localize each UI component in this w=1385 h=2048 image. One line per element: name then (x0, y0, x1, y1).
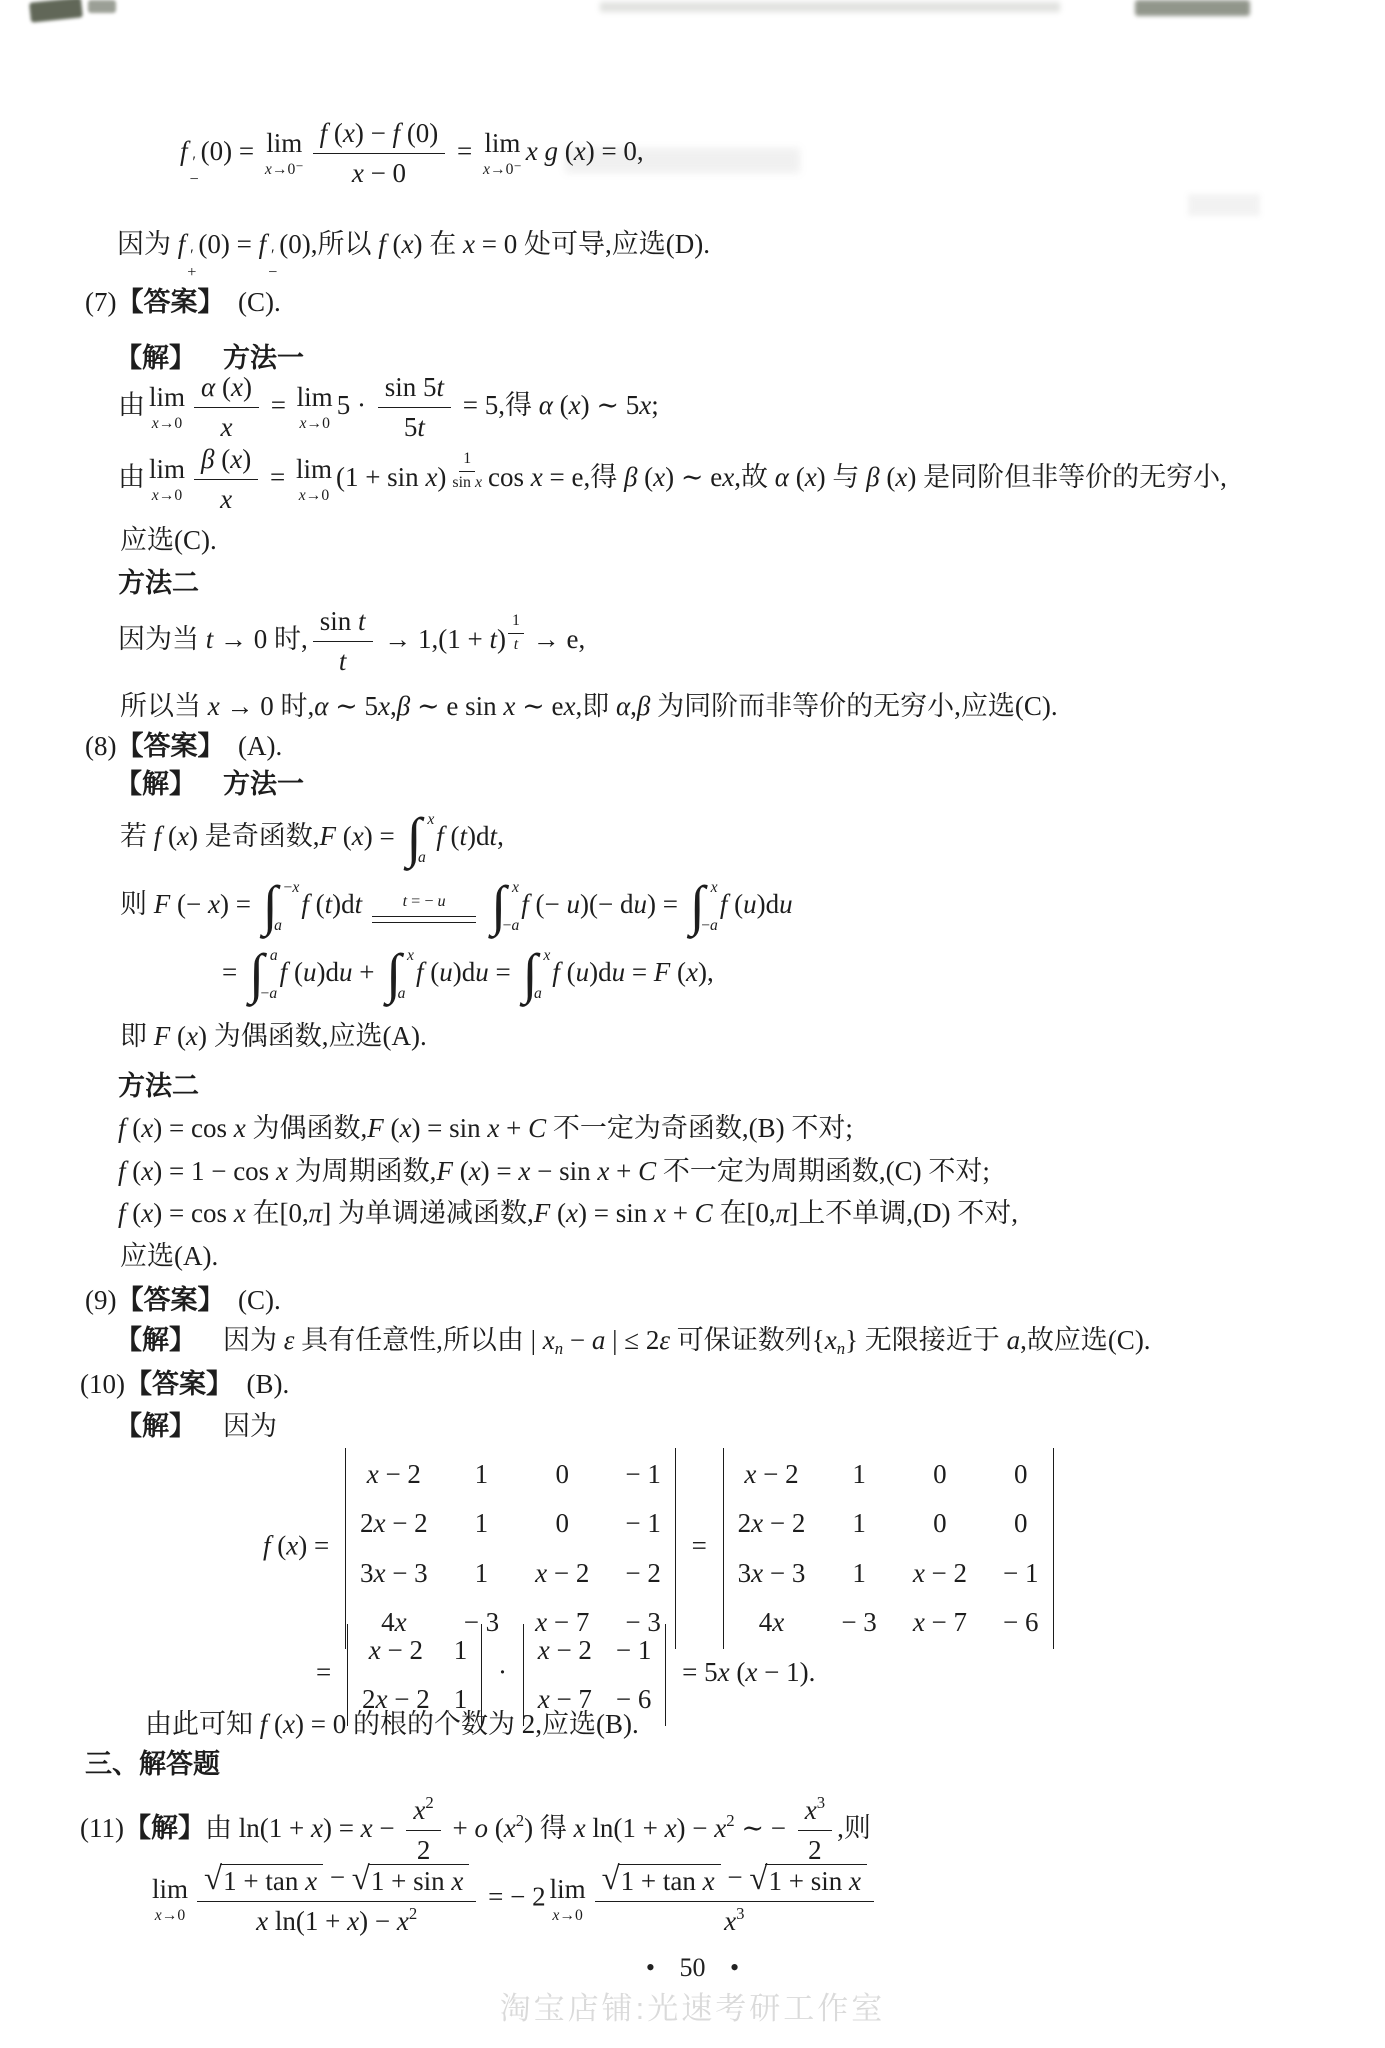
scan-artifact (29, 0, 83, 23)
q10-roots-conclusion: 由此可知 f (x) = 0 的根的个数为 2,应选(B). (145, 1706, 639, 1742)
q7-answer-line: (7)【答案】 (C). (85, 284, 281, 320)
q8-option-b-check: f (x) = cos x 为偶函数,F (x) = sin x + C 不一定… (118, 1110, 853, 1146)
scan-artifact (600, 2, 1060, 12)
q7-choose-c-text: 应选(C). (120, 522, 217, 558)
section-3-heading: 三、解答题 (85, 1746, 220, 1782)
q8-option-c-check: f (x) = 1 − cos x 为周期函数,F (x) = x − sin … (118, 1153, 990, 1189)
q8-choose-a-text: 应选(A). (120, 1238, 218, 1274)
q7-method2-heading: 方法二 (118, 565, 199, 601)
scanned-textbook-page: f′−(0) = limx→0⁻f (x) − f (0)x − 0 = lim… (0, 0, 1385, 2048)
q7-beta-limit-formula: 由limx→0β (x)x = limx→0(1 + sin x)1sin xc… (118, 444, 1227, 515)
q8-even-conclusion: 即 F (x) 为偶函数,应选(A). (120, 1018, 427, 1054)
scan-artifact (1188, 194, 1260, 216)
q8-odd-function-setup: 若 f (x) 是奇函数,F (x) = ∫xaf (t)dt, (120, 812, 504, 865)
q11-taylor-expansion: (11)【解】由 ln(1 + x) = x − x22 + o (x2) 得 … (80, 1795, 871, 1866)
q8-integral-sum-formula: = ∫a−af (u)du + ∫xaf (u)du = ∫xaf (u)du … (222, 948, 714, 1001)
q8-solution-method1-heading: 【解】 方法一 (115, 766, 304, 802)
q8-method2-heading: 方法二 (118, 1068, 199, 1104)
watermark: 淘宝店铺:光速考研工作室 (0, 1988, 1385, 2030)
q7-method2-conclusion: 所以当 x → 0 时,α ∼ 5x,β ∼ e sin x ∼ ex,即 α,… (120, 688, 1058, 724)
q8-answer-line: (8)【答案】 (A). (85, 728, 282, 764)
scan-artifact (88, 0, 116, 13)
scan-artifact (1135, 0, 1250, 16)
derivative-conclusion-text: 因为 f′+(0) = f′−(0),所以 f (x) 在 x = 0 处可导,… (117, 226, 710, 281)
q8-substitution-formula: 则 F (− x) = ∫−xaf (t)dtt = − u∫x−af (− u… (120, 880, 793, 933)
page-number: • 50 • (0, 1950, 1385, 1985)
q8-option-d-check: f (x) = cos x 在[0,π] 为单调递减函数,F (x) = sin… (118, 1195, 1018, 1231)
q10-answer-line: (10)【答案】 (B). (80, 1366, 289, 1402)
q9-answer-line: (9)【答案】 (C). (85, 1282, 281, 1318)
q10-determinant-equation: f (x) = x − 210− 12x − 210− 13x − 31x − … (263, 1448, 1063, 1649)
q9-solution-text: 【解】 因为 ε 具有任意性,所以由 | xn − a | ≤ 2ε 可保证数列… (115, 1322, 1151, 1358)
q7-method2-limits-formula: 因为当 t → 0 时,sin tt → 1,(1 + t)1t → e, (118, 606, 585, 677)
q10-solution-lead-in: 【解】 因为 (115, 1408, 277, 1444)
q7-solution-method1-heading: 【解】 方法一 (115, 340, 304, 376)
left-derivative-formula: f′−(0) = limx→0⁻f (x) − f (0)x − 0 = lim… (180, 118, 644, 189)
q7-alpha-limit-formula: 由limx→0α (x)x = limx→05 · sin 5t5t = 5,得… (118, 372, 659, 443)
q11-limit-transformation: limx→0√1 + tan x − √1 + sin xx ln(1 + x)… (148, 1862, 879, 1937)
